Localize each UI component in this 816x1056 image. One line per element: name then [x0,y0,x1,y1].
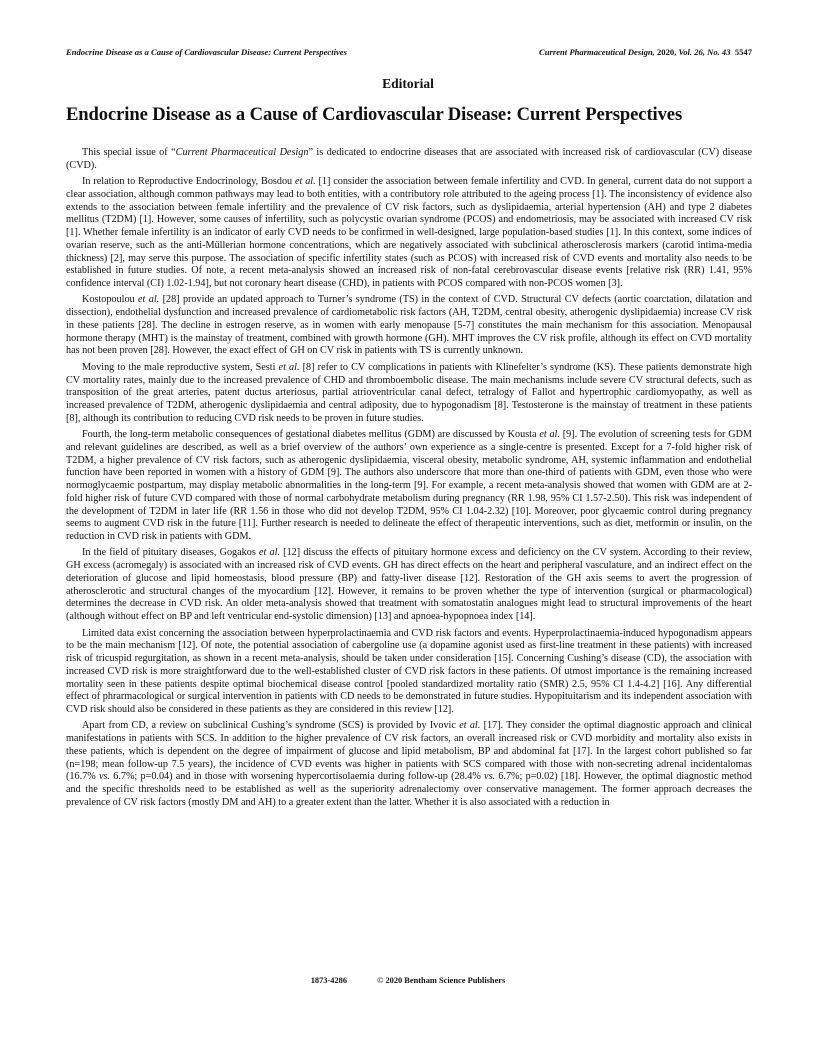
paragraph-pituitary: In the field of pituitary diseases, Goga… [66,547,752,624]
journal-year: 2020, [657,47,676,57]
copyright: © 2020 Bentham Science Publishers [377,976,505,985]
article-title: Endocrine Disease as a Cause of Cardiova… [66,104,766,126]
paragraph-turner: Kostopoulou et al. [28] provide an updat… [66,294,752,358]
article-body: This special issue of “Current Pharmaceu… [66,147,752,813]
page-number: 5547 [735,47,752,57]
paragraph-prolactin-cushing: Limited data exist concerning the associ… [66,628,752,717]
running-header-citation: Current Pharmaceutical Design, 2020, Vol… [539,47,752,57]
page-footer: 1873-4286 © 2020 Bentham Science Publish… [0,976,816,985]
issn: 1873-4286 [311,976,347,985]
paragraph-klinefelter: Moving to the male reproductive system, … [66,362,752,426]
section-label: Editorial [0,76,816,92]
journal-name: Current Pharmaceutical Design, [539,47,655,57]
running-header-title: Endocrine Disease as a Cause of Cardiova… [66,47,347,57]
paragraph-reproductive: In relation to Reproductive Endocrinolog… [66,176,752,291]
paragraph-gdm: Fourth, the long-term metabolic conseque… [66,429,752,544]
paragraph-intro: This special issue of “Current Pharmaceu… [66,147,752,173]
paragraph-subclinical-cushing: Apart from CD, a review on subclinical C… [66,720,752,809]
running-header: Endocrine Disease as a Cause of Cardiova… [66,47,752,57]
journal-volume: Vol. 26, No. 43 [678,47,730,57]
